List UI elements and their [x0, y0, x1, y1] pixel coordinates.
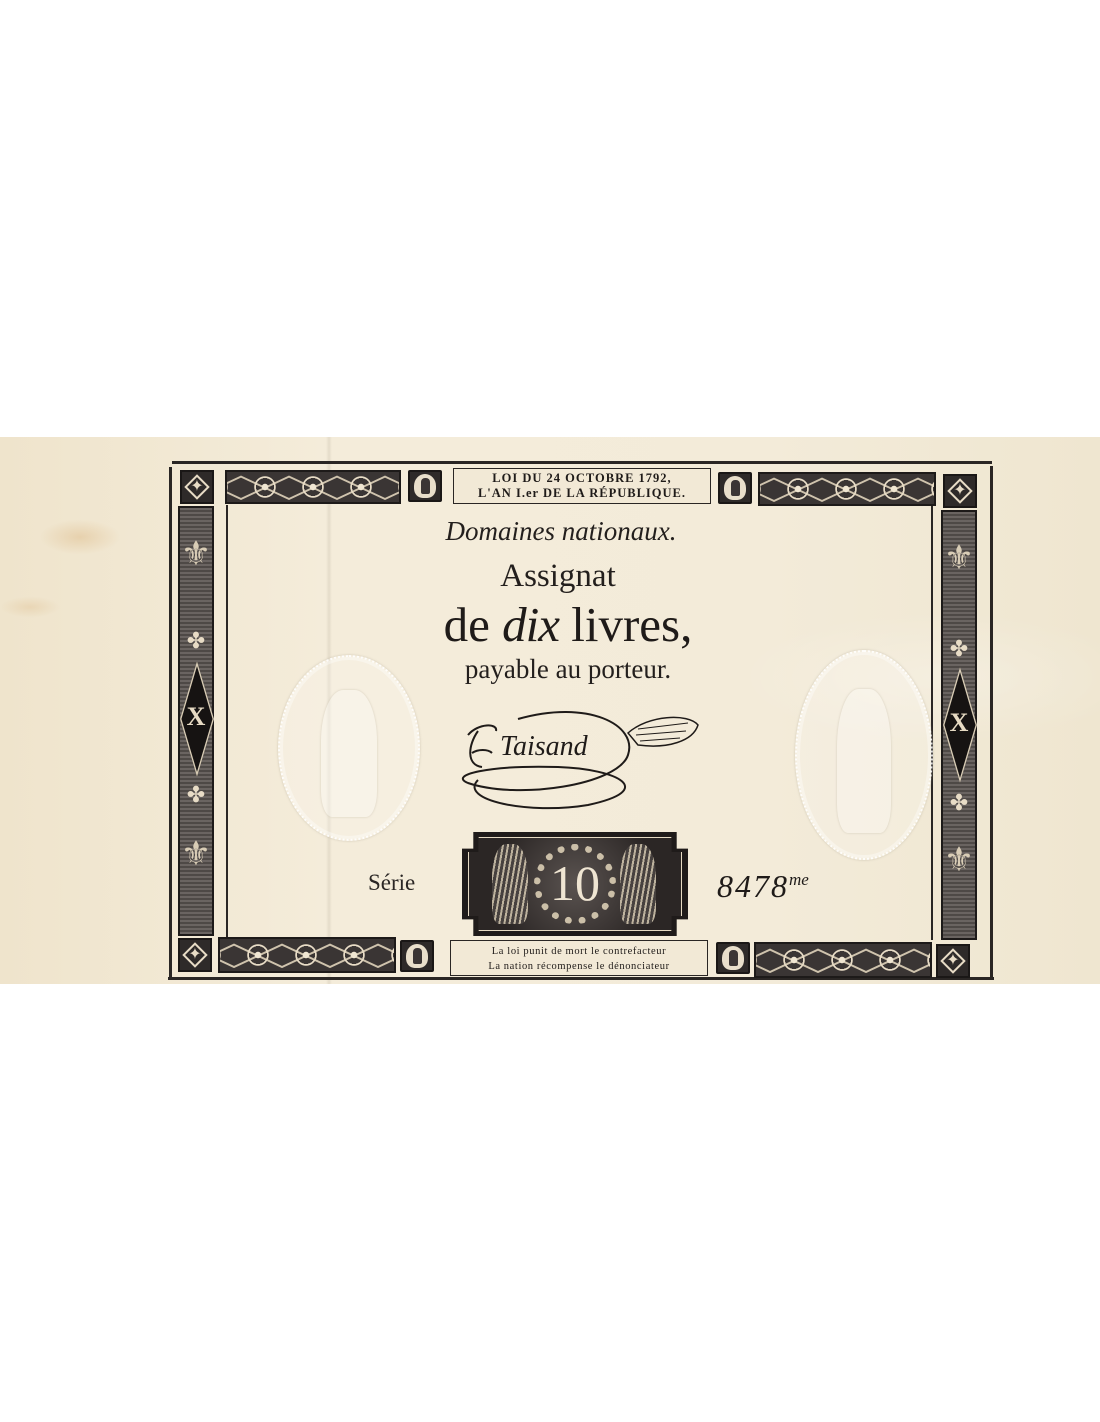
republic-year-line: L'AN I.er DE LA RÉPUBLIQUE. — [454, 486, 710, 501]
acanthus-ornament: ⚜ — [180, 838, 212, 872]
liberty-vignette-icon — [716, 942, 750, 974]
informer-reward-line: La nation récompense le dénonciateur — [451, 959, 707, 974]
law-date-line: LOI DU 24 OCTOBRE 1792, — [454, 471, 710, 486]
value-cartouche: 10 — [462, 832, 688, 936]
serial-suffix: me — [789, 870, 809, 889]
serial-digits: 8478 — [717, 868, 789, 904]
quatrefoil-icon: ✤ — [180, 784, 212, 806]
corner-diamond-ornament — [936, 944, 970, 978]
liberty-vignette-icon — [400, 940, 434, 972]
serie-label: Série — [368, 870, 415, 896]
side-numeral-diamond: X — [949, 678, 969, 770]
value-numeral: 10 — [462, 854, 688, 912]
frame-top-line — [172, 461, 992, 464]
signature-flourish: Taisand — [448, 705, 708, 815]
denomination-amount: dix — [502, 597, 559, 652]
issuer-heading: Domaines nationaux. — [0, 516, 1100, 547]
corner-diamond-ornament — [180, 470, 214, 504]
acanthus-ornament: ⚜ — [943, 844, 975, 878]
denomination-suffix: livres, — [571, 597, 692, 652]
right-embossed-medallion — [795, 650, 933, 860]
warning-box: La loi punit de mort le contrefacteur La… — [450, 940, 708, 976]
payable-line: payable au porteur. — [0, 654, 1100, 685]
law-date-box: LOI DU 24 OCTOBRE 1792, L'AN I.er DE LA … — [453, 468, 711, 504]
quatrefoil-icon: ✤ — [943, 792, 975, 814]
bottom-left-rosette-band — [218, 937, 396, 973]
liberty-vignette-icon — [718, 472, 752, 504]
denomination-line: de dix livres, — [0, 596, 1100, 653]
serial-number: 8478me — [717, 868, 809, 905]
corner-diamond-ornament — [178, 938, 212, 972]
corner-diamond-ornament — [943, 474, 977, 508]
denomination-prefix: de — [444, 597, 490, 652]
counterfeit-warning-line: La loi punit de mort le contrefacteur — [451, 944, 707, 959]
bottom-right-rosette-band — [754, 942, 932, 978]
top-left-rosette-band — [225, 470, 401, 504]
left-embossed-medallion — [278, 655, 420, 841]
liberty-vignette-icon — [408, 470, 442, 502]
svg-text:Taisand: Taisand — [500, 731, 589, 762]
top-right-rosette-band — [758, 472, 936, 506]
note-title: Assignat — [0, 558, 1100, 595]
side-numeral-diamond: X — [186, 672, 206, 764]
